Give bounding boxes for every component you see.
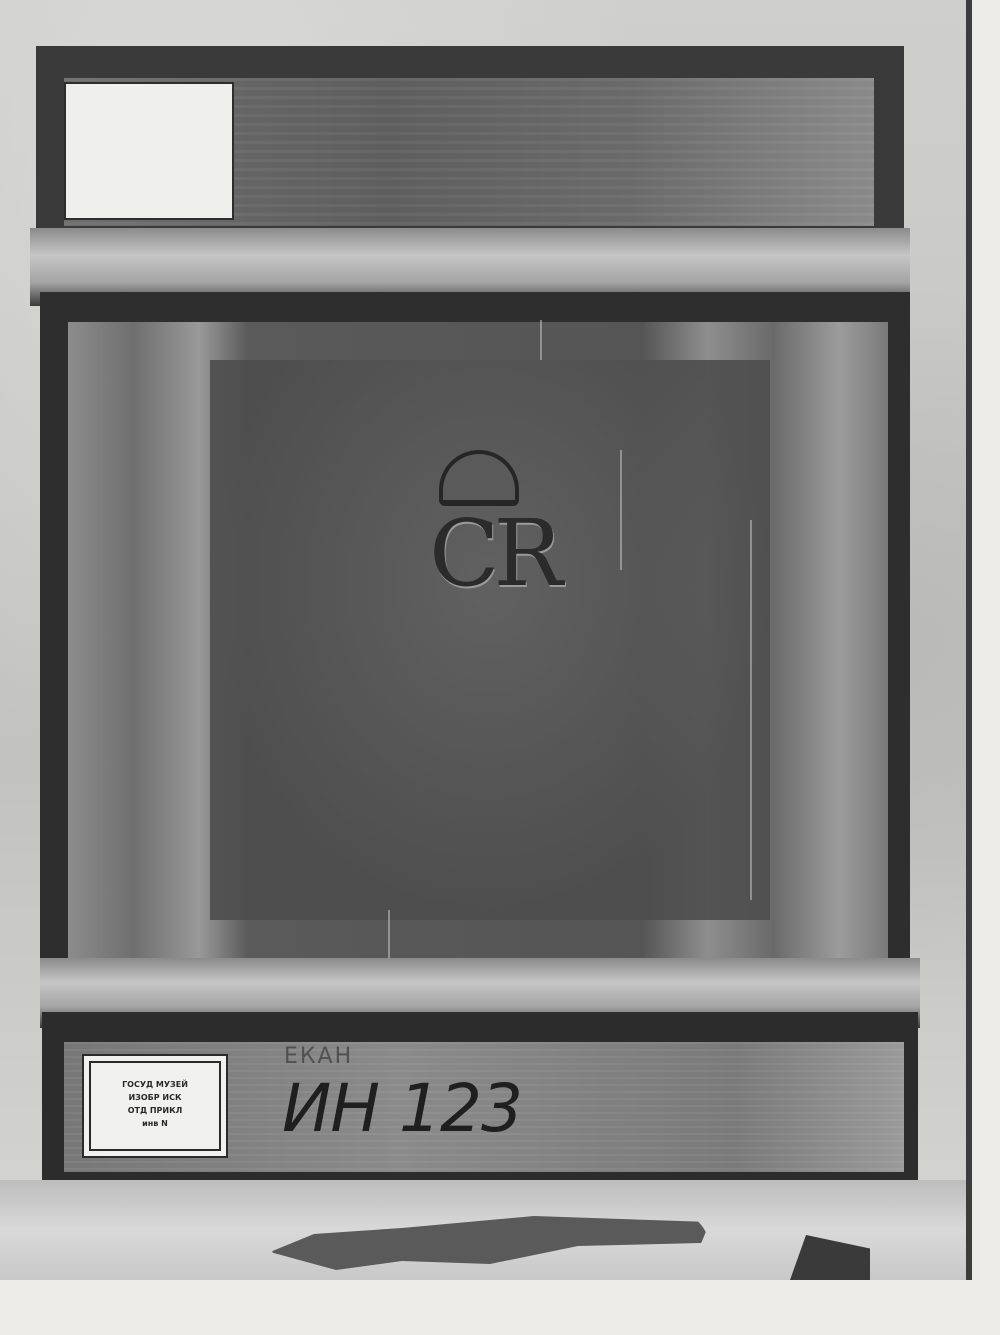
royal-cipher: CR bbox=[398, 450, 588, 650]
museum-label-line: инв N bbox=[84, 1117, 226, 1130]
scratch-mark bbox=[540, 320, 542, 360]
scratch-mark bbox=[750, 520, 752, 900]
photograph: CR ГОСУД МУЗЕЙ ИЗОБР ИСК ОТД ПРИКЛ инв N… bbox=[0, 0, 972, 1280]
scratch-mark bbox=[388, 910, 390, 960]
blank-paper-label bbox=[64, 82, 234, 220]
photo-edge bbox=[966, 0, 972, 1280]
crown-icon bbox=[439, 450, 519, 506]
inventory-prefix: ЕКАН bbox=[284, 1044, 353, 1069]
museum-label-line: ОТД ПРИКЛ bbox=[84, 1104, 226, 1117]
inventory-number: ИН 123 bbox=[282, 1070, 522, 1147]
museum-label-line: ИЗОБР ИСК bbox=[84, 1091, 226, 1104]
museum-label-line: ГОСУД МУЗЕЙ bbox=[84, 1078, 226, 1091]
scratch-mark bbox=[620, 450, 622, 570]
cipher-text: CR bbox=[398, 508, 588, 600]
museum-label: ГОСУД МУЗЕЙ ИЗОБР ИСК ОТД ПРИКЛ инв N bbox=[82, 1054, 228, 1158]
